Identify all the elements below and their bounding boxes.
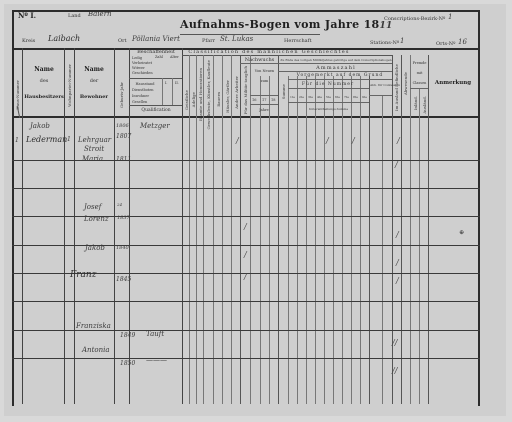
hausbesitzer-surname: Lederman xyxy=(26,135,67,144)
geburtsjahr: 1845 xyxy=(116,276,131,283)
jahre-divider xyxy=(250,104,278,105)
class-adelige: Adelige xyxy=(191,92,196,107)
col-line xyxy=(369,76,370,404)
row-line xyxy=(12,245,480,246)
col-line xyxy=(428,55,429,404)
sheet-number: Nº I. xyxy=(18,12,36,19)
class-haeusler: Häusler, Gärtler xyxy=(225,80,230,113)
unterabtheilung: Unterabtheilungs-Summe xyxy=(288,106,369,112)
jahr-col: 6te xyxy=(335,94,340,100)
right-divider xyxy=(369,95,392,96)
tick-mark: / xyxy=(244,222,247,231)
col-line xyxy=(213,55,214,404)
bewohner-name: Maria xyxy=(82,155,103,163)
stations-label: Stations-Nº xyxy=(370,40,399,46)
jahr-col: 7te xyxy=(344,94,349,100)
jahr-col: 2te xyxy=(299,94,304,100)
nachwuchs-jahre: Jahre xyxy=(250,107,278,113)
jahr-col: 8te xyxy=(353,94,358,100)
header-qualification: Qualification xyxy=(130,108,182,114)
besch-col: Alter xyxy=(170,54,179,60)
anmerkung-mark: ⊕ xyxy=(459,230,464,236)
tick-mark: / xyxy=(244,272,247,281)
haus-nummer-value: 1 xyxy=(15,137,19,144)
geburtsjahr: 24 xyxy=(117,202,122,207)
geburtsjahr: 1837 xyxy=(117,215,130,221)
col-line xyxy=(114,48,115,404)
right-divider xyxy=(278,63,392,64)
bewohner-name: Franz xyxy=(70,270,96,280)
nachwuchs-sub: Von Neuen xyxy=(251,68,278,74)
abh-label: Abh. für Confession xyxy=(370,82,392,88)
tick-mark: / xyxy=(396,276,399,285)
col-line xyxy=(342,76,343,404)
conscription-label: Conscriptions-Bezirk-Nº xyxy=(384,16,445,22)
class-andere: Andere Arbeiter xyxy=(234,76,239,109)
orts-value: 16 xyxy=(458,38,467,46)
col-line xyxy=(278,55,279,404)
col-line xyxy=(419,88,420,404)
row-line xyxy=(12,216,480,217)
herrschaft-label: Herrschaft xyxy=(284,38,312,44)
col-line xyxy=(392,55,393,404)
inlaender: Inländ. xyxy=(413,96,418,110)
pfarr-label: Pfarr xyxy=(202,38,215,44)
auslaender-title: mit xyxy=(411,70,428,76)
conscription-value: 1 xyxy=(448,13,452,21)
header-anmerkung: Anmerkung xyxy=(430,80,476,87)
bewohner-name: Jakob xyxy=(85,244,105,252)
age-17: 17 xyxy=(262,97,266,103)
col-line xyxy=(231,55,232,404)
hausstand-col xyxy=(162,78,163,105)
right-divider xyxy=(278,71,392,72)
bewohner-name: Stroit xyxy=(84,145,104,153)
col-line xyxy=(260,76,261,404)
col-line xyxy=(401,55,402,404)
class-gewerbsleute: Gewerbsleute, Künstler, Kaufleute xyxy=(206,60,211,130)
col-line xyxy=(306,76,307,404)
header-bewohner-label: Bewohner xyxy=(76,94,112,101)
col-line xyxy=(240,55,241,404)
col-line xyxy=(22,48,23,404)
frame-right xyxy=(478,10,480,406)
col-line xyxy=(189,55,190,404)
col-line xyxy=(269,76,270,404)
col-line xyxy=(324,76,325,404)
tick-mark: / xyxy=(352,136,355,145)
tick-mark: / xyxy=(244,250,247,259)
col-line xyxy=(222,55,223,404)
right-divider xyxy=(410,88,428,89)
qualification-value: Metzger xyxy=(140,122,170,130)
row-line xyxy=(12,330,480,331)
jahr-col: 5te xyxy=(326,94,331,100)
title-text: Aufnahms-Bogen vom Jahre 18 xyxy=(180,18,380,31)
jahr-col: 3te xyxy=(308,94,313,100)
hausbesitzer-firstname: Jakob xyxy=(30,122,50,130)
stations-value: 1 xyxy=(400,37,404,45)
header-bewohner-name: Name xyxy=(76,66,112,73)
geburtsjahr: 1806 xyxy=(116,123,129,129)
jahr-col: 4te xyxy=(317,94,322,100)
geburtsjahr: 1849 xyxy=(120,332,135,339)
orts-label: Orts-Nº xyxy=(436,41,455,47)
col-line xyxy=(203,55,204,404)
bewohner-name: Lehrguar xyxy=(78,136,111,144)
row-line xyxy=(12,358,480,359)
auslaender-title: Classen xyxy=(411,80,428,86)
nachwuchs-divider xyxy=(240,63,278,64)
besch-col: Zahl xyxy=(155,54,163,60)
col-line xyxy=(333,76,334,404)
header-des-label: des xyxy=(26,78,62,84)
age-18: 18 xyxy=(271,97,275,103)
col-line xyxy=(74,48,75,404)
class-beamte: Beamte und Honoratioren xyxy=(198,68,203,121)
tick-mark: / xyxy=(396,230,399,239)
right-divider xyxy=(288,102,369,103)
nachwuchs-vertical: Für das Militär tauglich xyxy=(243,66,248,114)
bewohner-name: Franziska xyxy=(76,322,111,330)
ausland-vertical: Im Ausland Befindliche xyxy=(394,64,399,111)
geburtsjahr: 1811 xyxy=(116,156,131,163)
hausstand-col-label: I. xyxy=(165,80,168,86)
census-form: Nº I. Land Baiern Aufnahms-Bogen vom Jah… xyxy=(12,10,480,406)
row-line xyxy=(12,301,480,302)
bewohner-name: Antonia xyxy=(82,346,110,354)
summe-vertical: Summe xyxy=(281,84,286,99)
auslaender: Ausländ. xyxy=(422,96,427,114)
tick-mark: / xyxy=(326,136,329,145)
frame-left xyxy=(12,10,14,406)
header-wohnpartei: Wohnpartei-Nummer xyxy=(67,64,72,107)
header-hausbesitzers-label: Hausbesitzers xyxy=(24,94,64,101)
auslaender-title: Fremde xyxy=(411,60,428,66)
pfarr-value: St. Lukas xyxy=(220,35,253,43)
kreis-value: Laibach xyxy=(48,34,80,43)
nachwuchs-sub: zum xyxy=(251,78,278,84)
col-line xyxy=(410,55,411,404)
qualification-value: ——— xyxy=(146,356,167,364)
abwesend-vertical: Abwesende xyxy=(403,72,408,95)
bewohner-name: Josef xyxy=(84,203,101,211)
census-sheet: Nº I. Land Baiern Aufnahms-Bogen vom Jah… xyxy=(4,4,506,416)
col-line xyxy=(351,76,352,404)
frame-top xyxy=(12,10,480,12)
header-der-label: der xyxy=(76,78,112,84)
jahr-col: 9te xyxy=(362,94,367,100)
ort-label: Ort xyxy=(118,38,127,44)
tick-mark: // xyxy=(392,338,397,347)
qualification-divider xyxy=(129,105,182,106)
bewohner-name: Lorenz xyxy=(84,215,109,223)
tick-mark: / xyxy=(397,136,400,145)
besch-divider xyxy=(129,78,182,79)
col-line xyxy=(196,55,197,404)
age-16: 16 xyxy=(252,97,256,103)
col-line xyxy=(129,48,130,404)
geburtsjahr: 1807 xyxy=(116,133,131,140)
jahr-col: 1te xyxy=(290,94,295,100)
ort-value: Pöllania Viert xyxy=(132,35,180,43)
class-bauern: Bauern xyxy=(216,92,221,107)
right-divider xyxy=(288,88,369,89)
kreis-label: Kreis xyxy=(22,38,35,44)
form-title: Aufnahms-Bogen vom Jahre 1811 xyxy=(180,18,393,31)
geburtsjahr: 1850 xyxy=(120,360,135,367)
tick-mark: / xyxy=(236,136,239,145)
row-line xyxy=(12,188,480,189)
col-line xyxy=(297,76,298,404)
col-line xyxy=(315,76,316,404)
qualification-value: Tauft xyxy=(146,330,164,338)
class-geistliche: Geistliche xyxy=(184,90,189,110)
title-year: 11 xyxy=(380,21,393,31)
header-geburtsjahr: Geburts-Jahr xyxy=(119,82,124,108)
col-line xyxy=(64,48,65,404)
wohnpartei-value: 1 xyxy=(67,136,71,143)
header-name-label: Name xyxy=(26,66,62,73)
nachwuchs-ages-divider xyxy=(250,95,278,96)
besch-row: Geschieden xyxy=(132,70,153,76)
col-line xyxy=(360,76,361,404)
land-label: Land xyxy=(68,13,81,19)
hausstand-col-label: II. xyxy=(175,80,179,86)
tick-mark: // xyxy=(392,366,397,375)
tick-mark: / xyxy=(396,258,399,267)
col-line xyxy=(182,48,183,404)
geburtsjahr: 1840 xyxy=(116,245,129,251)
tick-mark: / xyxy=(395,160,398,169)
hausstand-col xyxy=(172,78,173,105)
col-line xyxy=(288,76,289,404)
right-divider xyxy=(288,79,392,80)
